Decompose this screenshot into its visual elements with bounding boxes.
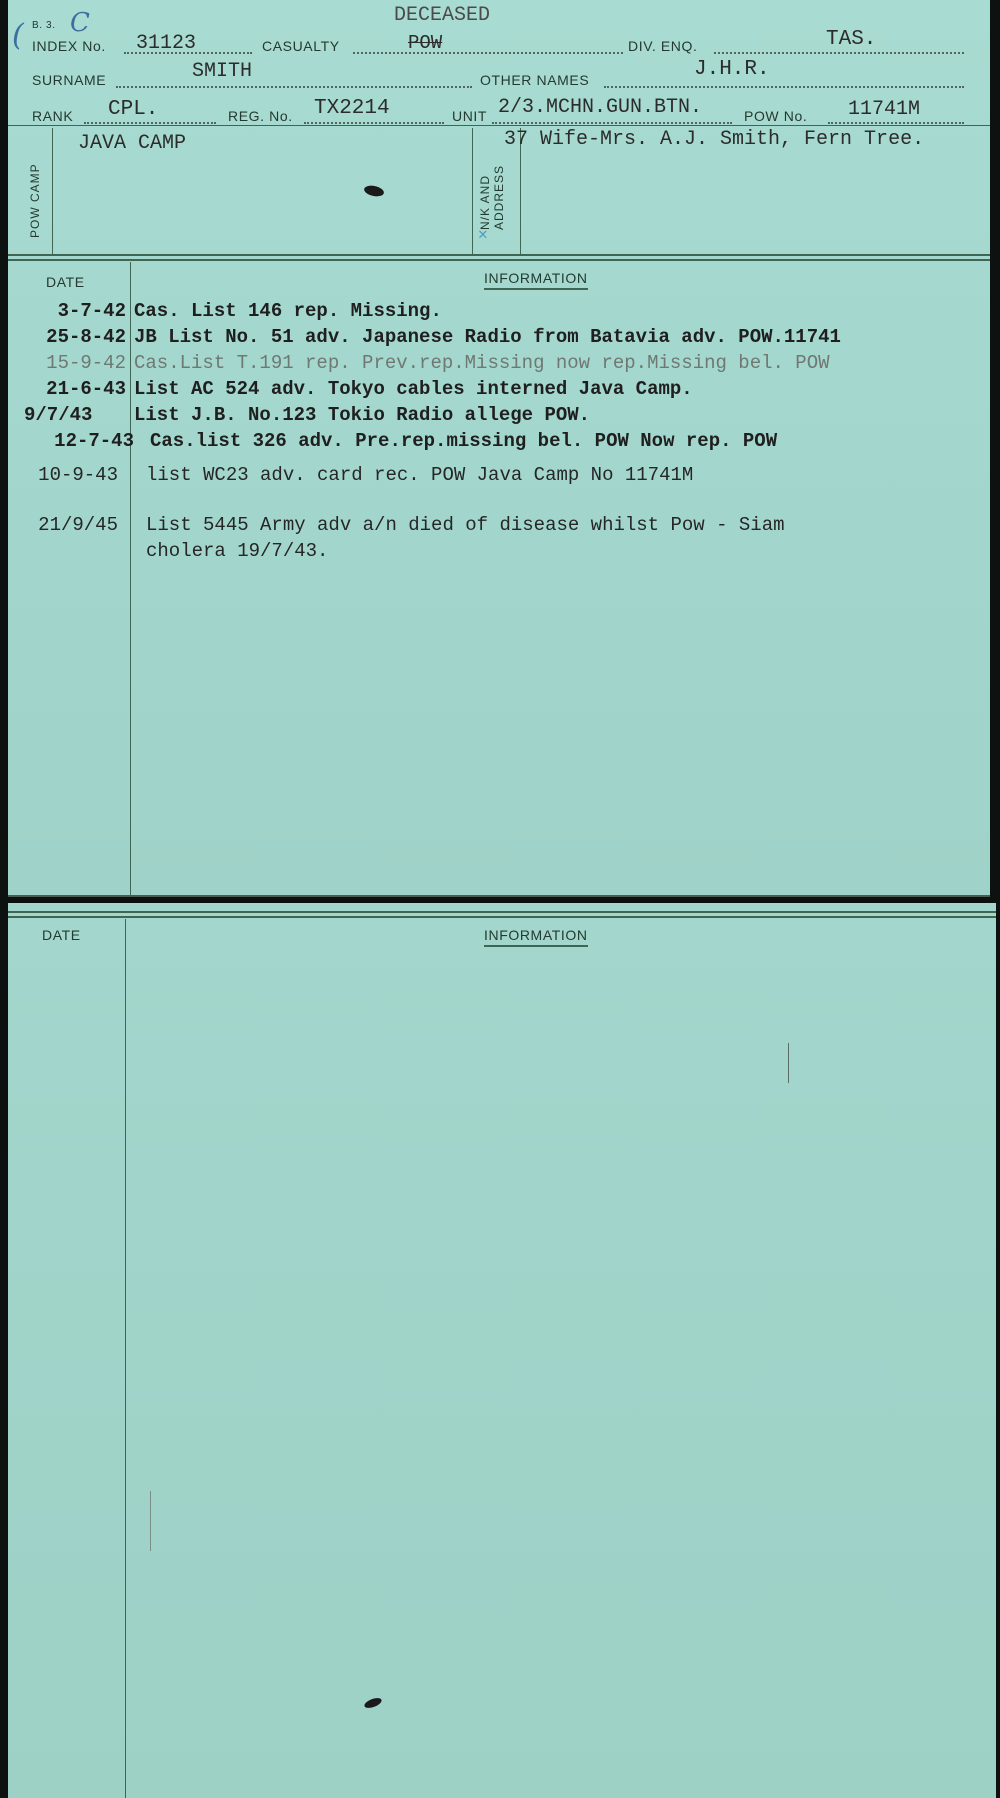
index-label: INDEX No.: [32, 38, 106, 54]
other-names-value: J.H.R.: [694, 58, 770, 81]
entry-row: 10-9-43 list WC23 adv. card rec. POW Jav…: [8, 464, 990, 490]
entry-text: List AC 524 adv. Tokyo cables interned J…: [134, 378, 693, 400]
stray-mark: [150, 1491, 151, 1551]
entry-date: 12-7-43: [8, 430, 134, 452]
surname-underline: [116, 86, 472, 88]
divider: [8, 125, 990, 126]
nok-value: 37 Wife-Mrs. A.J. Smith, Fern Tree.: [504, 128, 924, 151]
entry-row: 12-7-43 Cas.list 326 adv. Pre.rep.missin…: [8, 430, 990, 456]
rank-label: RANK: [32, 108, 73, 124]
entry-text: JB List No. 51 adv. Japanese Radio from …: [134, 326, 841, 348]
entry-text: List 5445 Army adv a/n died of disease w…: [146, 514, 785, 536]
form-code: B. 3.: [32, 20, 56, 31]
nok-label-line1: N/K AND: [478, 175, 492, 230]
entry-text: List J.B. No.123 Tokio Radio allege POW.: [134, 404, 590, 426]
reg-no-underline: [304, 122, 444, 124]
surname-value: SMITH: [192, 60, 252, 83]
entry-date: 25-8-42: [8, 326, 126, 348]
stray-mark: [788, 1043, 789, 1083]
entry-date: 21/9/45: [8, 514, 118, 536]
unit-underline: [492, 122, 732, 124]
casualty-underline: [353, 52, 623, 54]
other-names-label: OTHER NAMES: [480, 72, 589, 88]
entry-date: 9/7/43: [24, 404, 124, 426]
divider: [472, 128, 473, 254]
surname-label: SURNAME: [32, 72, 106, 88]
entry-text: Cas.list 326 adv. Pre.rep.missing bel. P…: [150, 430, 777, 452]
deceased-stamp: DECEASED: [394, 4, 490, 27]
punch-hole: [363, 1696, 383, 1710]
pow-camp-value: JAVA CAMP: [78, 132, 186, 155]
pow-no-value: 11741M: [848, 98, 920, 121]
index-value: 31123: [136, 32, 196, 55]
casualty-label: CASUALTY: [262, 38, 340, 54]
rank-value: CPL.: [108, 98, 158, 121]
divider: [8, 259, 990, 261]
record-card-front: ( C B. 3. DECEASED INDEX No. 31123 CASUA…: [8, 0, 990, 897]
information-column-header: INFORMATION: [484, 270, 588, 290]
entry-date: 10-9-43: [8, 464, 118, 486]
entry-date: 21-6-43: [8, 378, 126, 400]
reg-no-label: REG. No.: [228, 108, 293, 124]
divider: [8, 911, 996, 913]
pow-camp-label: POW CAMP: [28, 163, 42, 238]
entry-date: 15-9-42: [8, 352, 126, 374]
div-enq-value: TAS.: [826, 28, 876, 51]
casualty-value: POW: [408, 32, 442, 54]
date-column-header: DATE: [46, 274, 85, 290]
entry-row: 9/7/43 List J.B. No.123 Tokio Radio alle…: [8, 404, 990, 430]
entry-row: 21/9/45 List 5445 Army adv a/n died of d…: [8, 514, 990, 566]
handwritten-mark: (: [12, 18, 24, 53]
entry-date: 3-7-42: [8, 300, 126, 322]
record-card-back: DATE INFORMATION: [8, 903, 996, 1798]
other-names-underline: [604, 86, 964, 88]
nok-check-mark: ✕: [478, 224, 488, 244]
rank-underline: [84, 122, 216, 124]
unit-label: UNIT: [452, 108, 487, 124]
divider: [52, 128, 53, 254]
entry-text: Cas. List 146 rep. Missing.: [134, 300, 442, 322]
entry-row: 21-6-43 List AC 524 adv. Tokyo cables in…: [8, 378, 990, 404]
pow-no-label: POW No.: [744, 108, 807, 124]
punch-hole: [363, 184, 385, 198]
entry-row: 25-8-42 JB List No. 51 adv. Japanese Rad…: [8, 326, 990, 352]
information-column-header: INFORMATION: [484, 927, 588, 947]
entry-text-continued: cholera 19/7/43.: [146, 540, 328, 562]
handwritten-mark: C: [70, 8, 90, 38]
divider: [8, 916, 996, 918]
div-enq-label: DIV. ENQ.: [628, 38, 697, 54]
entry-text: Cas.List T.191 rep. Prev.rep.Missing now…: [134, 352, 830, 374]
div-enq-underline: [714, 52, 964, 54]
entry-row: 15-9-42 Cas.List T.191 rep. Prev.rep.Mis…: [8, 352, 990, 378]
nok-label-line2: ADDRESS: [492, 165, 506, 230]
entry-row: 3-7-42 Cas. List 146 rep. Missing.: [8, 300, 990, 326]
pow-no-underline: [828, 122, 964, 124]
reg-no-value: TX2214: [314, 97, 390, 120]
unit-value: 2/3.MCHN.GUN.BTN.: [498, 96, 702, 119]
date-column-header: DATE: [42, 927, 81, 943]
date-column-divider: [125, 919, 126, 1798]
divider: [8, 254, 990, 256]
entry-text: list WC23 adv. card rec. POW Java Camp N…: [146, 464, 693, 486]
